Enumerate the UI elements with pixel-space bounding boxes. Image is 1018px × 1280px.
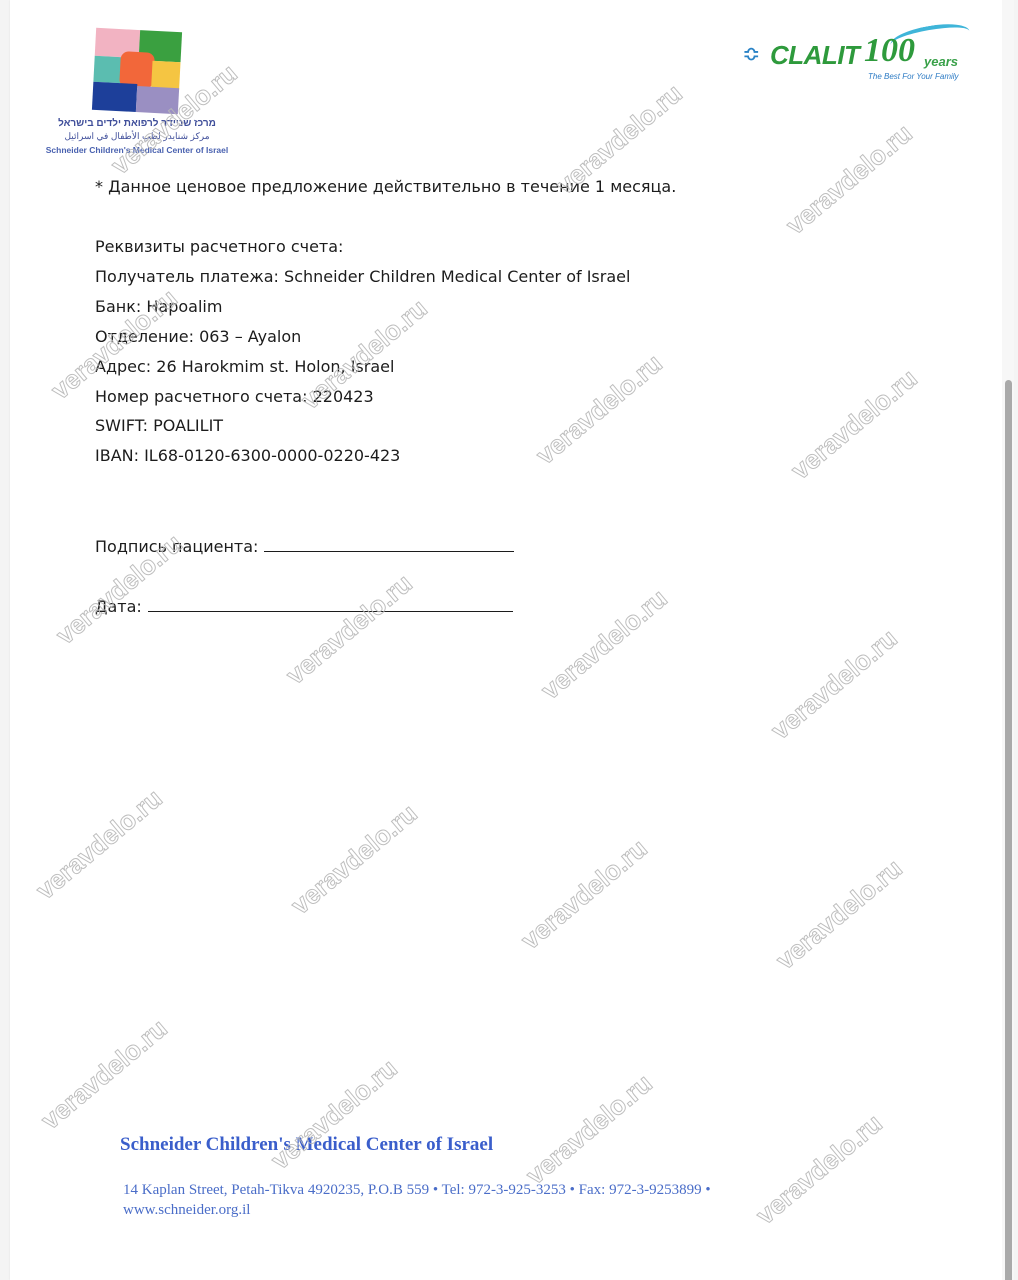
watermark: veravdelo.ru [35, 1013, 173, 1136]
signature-label: Подпись пациента: [95, 537, 258, 556]
watermark: veravdelo.ru [285, 798, 423, 921]
scrollbar-thumb[interactable] [1005, 380, 1012, 1280]
watermark: veravdelo.ru [515, 833, 653, 956]
watermark: veravdelo.ru [535, 583, 673, 706]
bank-detail-branch: Отделение: 063 – Ayalon [95, 327, 301, 346]
signature-line [264, 537, 514, 552]
clalit-brand: CLALIT [770, 40, 859, 71]
watermark: veravdelo.ru [785, 363, 923, 486]
watermark: veravdelo.ru [520, 1068, 658, 1191]
puzzle-logo-icon [92, 28, 182, 114]
footer-website[interactable]: www.schneider.org.il [123, 1200, 783, 1220]
clalit-tagline: The Best For Your Family [868, 72, 959, 81]
validity-note: * Данное ценовое предложение действитель… [95, 177, 676, 196]
bank-detail-bank: Банк: Hapoalim [95, 297, 222, 316]
document-page: מרכז שניידר לרפואת ילדים בישראל مركز شنا… [10, 0, 1004, 1280]
bank-detail-swift: SWIFT: POALILIT [95, 416, 223, 435]
clalit-logo: ≎ CLALIT 100 years The Best For Your Fam… [740, 26, 980, 86]
watermark: veravdelo.ru [770, 853, 908, 976]
clalit-years: years [924, 54, 958, 69]
signature-row: Подпись пациента: [95, 537, 514, 556]
logo-arabic-text: مركز شنايدر لطب الأطفال في اسرائيل [32, 131, 242, 142]
bank-detail-iban: IBAN: IL68-0120-6300-0000-0220-423 [95, 446, 400, 465]
clalit-anniversary: 100 [864, 32, 915, 70]
footer-address: 14 Kaplan Street, Petah-Tikva 4920235, P… [123, 1180, 783, 1200]
date-row: Дата: [95, 597, 513, 616]
schneider-logo: מרכז שניידר לרפואת ילדים בישראל مركز شنا… [32, 28, 242, 158]
watermark: veravdelo.ru [530, 348, 668, 471]
watermark: veravdelo.ru [280, 568, 418, 691]
watermark: veravdelo.ru [780, 118, 918, 241]
bank-detail-address: Адрес: 26 Harokmim st. Holon, Israel [95, 357, 394, 376]
bank-details-heading: Реквизиты расчетного счета: [95, 237, 343, 256]
bank-detail-account: Номер расчетного счета: 220423 [95, 387, 374, 406]
date-label: Дата: [95, 597, 142, 616]
footer-title: Schneider Children's Medical Center of I… [120, 1134, 493, 1156]
watermark: veravdelo.ru [30, 783, 168, 906]
logo-hebrew-text: מרכז שניידר לרפואת ילדים בישראל [32, 118, 242, 129]
bank-detail-recipient: Получатель платежа: Schneider Children M… [95, 267, 630, 286]
watermark: veravdelo.ru [265, 1053, 403, 1176]
footer-address-block: 14 Kaplan Street, Petah-Tikva 4920235, P… [123, 1180, 783, 1220]
logo-english-text: Schneider Children's Medical Center of I… [32, 145, 242, 155]
watermark: veravdelo.ru [765, 623, 903, 746]
clalit-wave-icon: ≎ [742, 42, 760, 67]
date-line [148, 597, 513, 612]
